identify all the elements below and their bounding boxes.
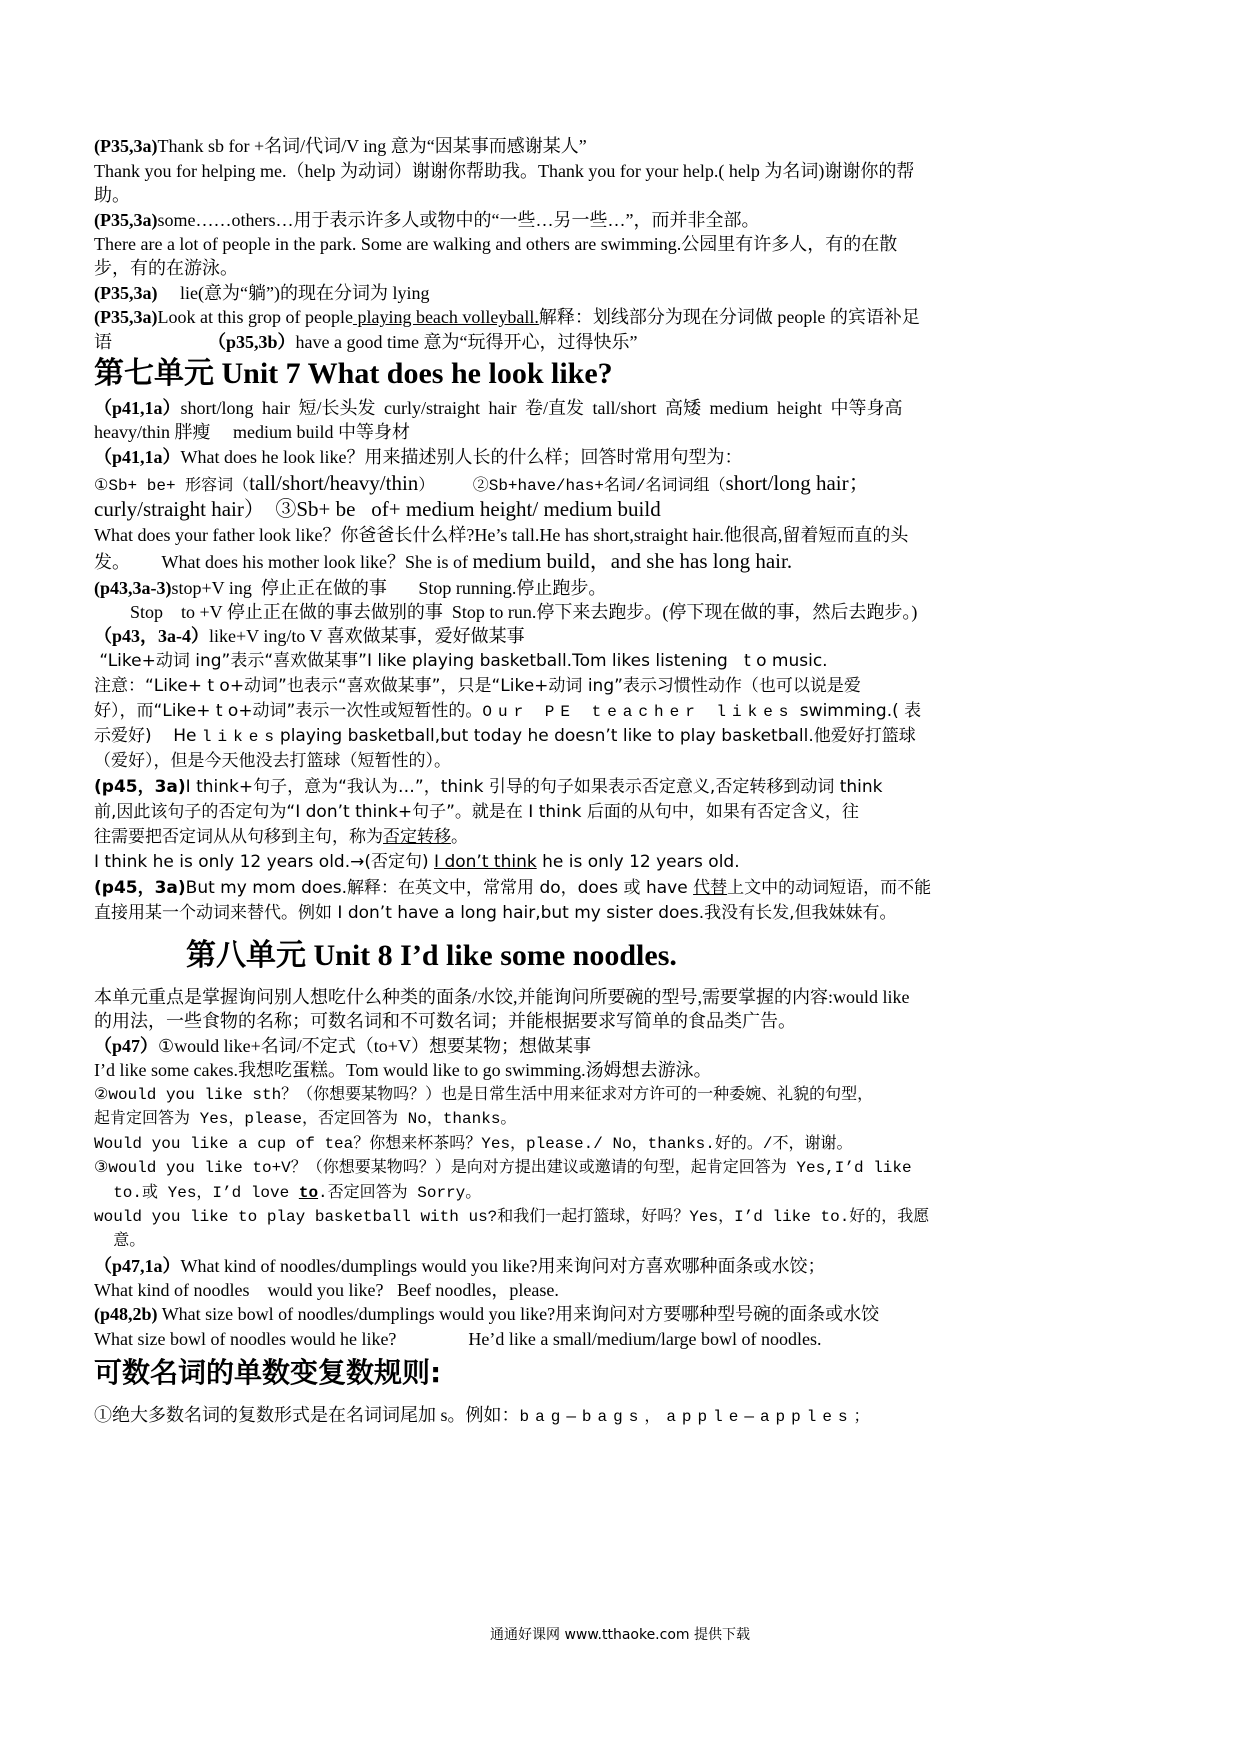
example-line: 助。: [94, 183, 1054, 207]
note-line: ②would you like sth？（你想要某物吗？）也是日常生活中用来征求…: [94, 1083, 1054, 1107]
unit7-heading: 第七单元 Unit 7 What does he look like?: [94, 356, 613, 392]
document-page: (P35,3a)Thank sb for +名词/代词/V ing 意为“因某事…: [0, 0, 1240, 1754]
page-ref: (P35,3a): [94, 307, 157, 327]
page-ref: (P35,3a): [94, 210, 157, 230]
example-line: would you like to play basketball with u…: [94, 1205, 1054, 1229]
example-line: I’d like some cakes.我想吃蛋糕。Tom would like…: [94, 1058, 1054, 1082]
pattern-line: ①Sb+ be+ 形容词（tall/short/heavy/thin） ②Sb+…: [94, 471, 1054, 498]
note-line: ③would you like to+V？（你想要某物吗？）是向对方提出建议或邀…: [94, 1156, 1054, 1180]
note-line: Stop to +V 停止正在做的事去做别的事 Stop to run.停下来去…: [94, 600, 1054, 624]
pattern-line: curly/straight hair） ③Sb+ be of+ medium …: [94, 497, 1054, 522]
note-line: (P35,3a)Look at this grop of people play…: [94, 305, 1054, 329]
example-line: 步，有的在游泳。: [94, 256, 1054, 280]
note-line: 好），而“Like+ t o+动词”表示一次性或短暂性的。Our PE teac…: [94, 699, 1054, 724]
example-line: Would you like a cup of tea？你想来杯茶吗？Yes，p…: [94, 1132, 1054, 1156]
page-footer: 通通好课网 www.tthaoke.com 提供下载: [0, 1624, 1240, 1644]
note-line: （p41,1a）What does he look like？用来描述别人长的什…: [94, 445, 1054, 469]
page-ref: （p43，3a-4）: [94, 626, 209, 646]
example-line: 直接用某一个动词来替代。例如 I don’t have a long hair,…: [94, 901, 1054, 925]
intro-line: 本单元重点是掌握询问别人想吃什么种类的面条/水饺,并能询问所要碗的型号,需要掌握…: [94, 985, 1054, 1009]
note-line: 往需要把否定词从从句移到主句，称为否定转移。: [94, 825, 1054, 849]
note-line: (p45，3a)But my mom does.解释：在英文中，常常用 do，d…: [94, 876, 1054, 900]
note-line: (P35,3a)Thank sb for +名词/代词/V ing 意为“因某事…: [94, 134, 1054, 158]
note-line: (p43,3a-3)stop+V ing 停止正在做的事 Stop runnin…: [94, 576, 1054, 600]
rule-line: ①绝大多数名词的复数形式是在名词词尾加 s。例如：bag—bags，apple—…: [94, 1403, 1054, 1429]
page-ref: (P35,3a): [94, 283, 157, 303]
page-ref: (p48,2b): [94, 1304, 158, 1324]
note-line: （p43，3a-4）like+V ing/to V 喜欢做某事，爱好做某事: [94, 624, 1054, 648]
underlined-phrase: playing beach volleyball.: [353, 307, 539, 327]
example-line: 发。 What does his mother look like？She is…: [94, 549, 1054, 574]
note-line: “Like+动词 ing”表示“喜欢做某事”I like playing bas…: [94, 649, 1054, 673]
example-line: What size bowl of noodles would he like?…: [94, 1327, 1054, 1351]
note-line: to.或 Yes，I’d love to.否定回答为 Sorry。: [94, 1181, 1054, 1205]
note-line: （p47）①would like+名词/不定式（to+V）想要某物；想做某事: [94, 1034, 1054, 1058]
note-line: （p47,1a）What kind of noodles/dumplings w…: [94, 1254, 1054, 1278]
note-line: (p48,2b) What size bowl of noodles/dumpl…: [94, 1302, 1054, 1326]
note-line: 前,因此该句子的否定句为“I don’t think+句子”。就是在 I thi…: [94, 800, 1054, 824]
page-ref: （p47,1a）: [94, 1256, 181, 1276]
example-line: 意。: [94, 1229, 1054, 1253]
underlined-phrase: 否定转移: [383, 827, 451, 847]
underlined-phrase: 代替: [693, 878, 727, 898]
page-ref: （p47）: [94, 1036, 158, 1056]
note-line: 示爱好) He likesplaying basketball,but toda…: [94, 724, 1054, 749]
unit8-heading: 第八单元 Unit 8 I’d like some noodles.: [186, 938, 677, 974]
underlined-phrase: to: [299, 1184, 318, 1202]
page-ref: (p45，3a): [94, 878, 186, 898]
note-line: (P35,3a)some……others…用于表示许多人或物中的“一些…另一些……: [94, 208, 1054, 232]
note-line: （爱好），但是今天他没去打篮球（短暂性的）。: [94, 749, 1054, 773]
vocab-line: （p41,1a）short/long hair 短/长头发 curly/stra…: [94, 396, 1054, 420]
page-ref: (p45，3a): [94, 777, 186, 797]
example-line: What kind of noodles would you like? Bee…: [94, 1278, 1054, 1302]
example-line: What does your father look like？你爸爸长什么样?…: [94, 523, 1054, 547]
vocab-line: heavy/thin 胖瘦 medium build 中等身材: [94, 420, 1054, 444]
page-ref: （p41,1a）: [94, 398, 181, 418]
underlined-phrase: I don’t think: [434, 852, 537, 872]
note-line: (p45，3a)I think+句子，意为“我认为…”，think 引导的句子如…: [94, 775, 1054, 799]
example-line: There are a lot of people in the park. S…: [94, 232, 1054, 256]
note-line: 语（p35,3b）have a good time 意为“玩得开心，过得快乐”: [94, 330, 1054, 354]
example-line: I think he is only 12 years old.→(否定句) I…: [94, 850, 1054, 874]
note-line: (P35,3a) lie(意为“躺”)的现在分词为 lying: [94, 281, 1054, 305]
page-ref: （p35,3b）: [208, 332, 296, 352]
note-line: 起肯定回答为 Yes，please，否定回答为 No，thanks。: [94, 1107, 1054, 1131]
intro-line: 的用法，一些食物的名称；可数名词和不可数名词；并能根据要求写简单的食品类广告。: [94, 1009, 1054, 1033]
page-ref: （p41,1a）: [94, 447, 181, 467]
page-ref: (P35,3a): [94, 136, 157, 156]
page-ref: (p43,3a-3): [94, 578, 172, 598]
note-line: 注意：“Like+ t o+动词”也表示“喜欢做某事”，只是“Like+动词 i…: [94, 674, 1054, 698]
plural-rules-heading: 可数名词的单数变复数规则:: [94, 1356, 441, 1390]
example-line: Thank you for helping me.（help 为动词）谢谢你帮助…: [94, 159, 1054, 183]
